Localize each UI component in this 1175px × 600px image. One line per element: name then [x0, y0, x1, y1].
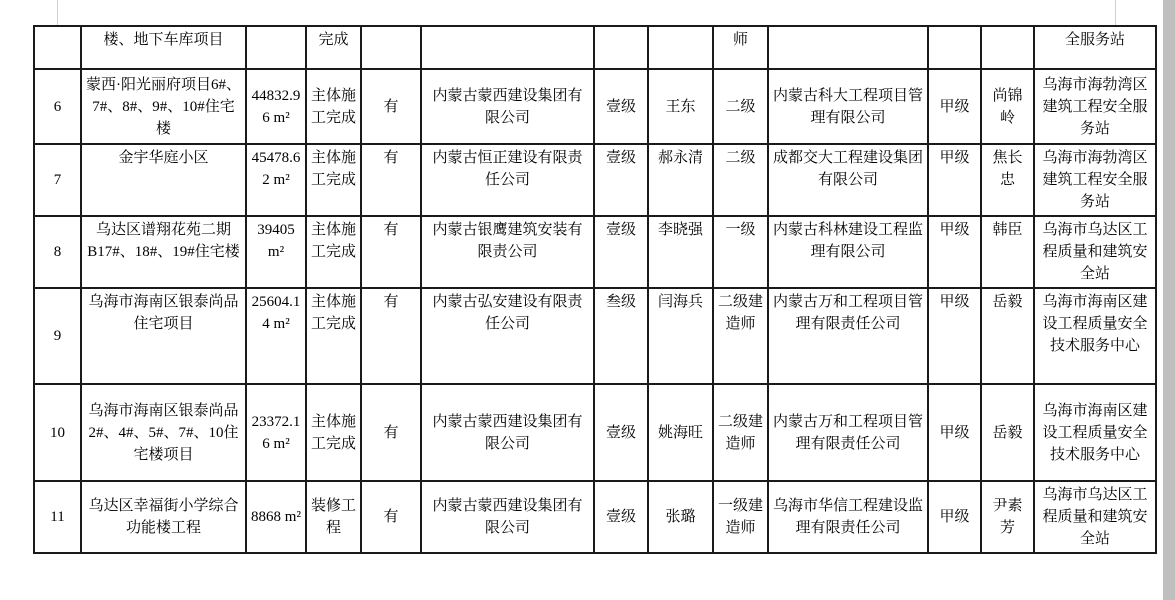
table-row: 楼、地下车库项目完成师全服务站: [34, 26, 1156, 69]
cell-floor-area: [246, 26, 306, 69]
scrollbar-track[interactable]: [1163, 0, 1175, 600]
cell-supervision-company: 内蒙古科大工程项目管理有限公司: [768, 69, 928, 144]
cell-progress-status: 主体施工完成: [306, 288, 361, 384]
cell-supervision-grade: 甲级: [928, 144, 981, 216]
cell-contractor-grade: 壹级: [594, 481, 648, 553]
cell-contractor: 内蒙古恒正建设有限责任公司: [421, 144, 594, 216]
cell-row-number: 8: [34, 216, 81, 288]
cell-row-number: 9: [34, 288, 81, 384]
cell-chief-supervisor: 岳毅: [981, 288, 1034, 384]
cell-progress-status: 主体施工完成: [306, 144, 361, 216]
table-row: 7金宇华庭小区45478.62 m²主体施工完成有内蒙古恒正建设有限责任公司壹级…: [34, 144, 1156, 216]
cell-row-number: 7: [34, 144, 81, 216]
cell-flag: 有: [361, 216, 421, 288]
cell-project-manager: [648, 26, 713, 69]
cell-floor-area: 25604.14 m²: [246, 288, 306, 384]
cell-contractor-grade: 壹级: [594, 69, 648, 144]
cell-flag: 有: [361, 144, 421, 216]
cell-chief-supervisor: 尹素芳: [981, 481, 1034, 553]
cell-flag: 有: [361, 481, 421, 553]
cell-supervision-grade: 甲级: [928, 216, 981, 288]
cell-project-name: 蒙西·阳光丽府项目6#、7#、8#、9#、10#住宅楼: [81, 69, 246, 144]
cell-contractor-grade: 叁级: [594, 288, 648, 384]
cell-progress-status: 完成: [306, 26, 361, 69]
cell-flag: 有: [361, 69, 421, 144]
cell-project-manager: 张璐: [648, 481, 713, 553]
cell-floor-area: 8868 m²: [246, 481, 306, 553]
cell-project-name: 乌达区谱翔花苑二期B17#、18#、19#住宅楼: [81, 216, 246, 288]
cell-progress-status: 主体施工完成: [306, 69, 361, 144]
cell-supervision-company: 内蒙古万和工程项目管理有限责任公司: [768, 288, 928, 384]
cell-builder-grade: 一级建造师: [713, 481, 768, 553]
cell-contractor: [421, 26, 594, 69]
table-row: 9乌海市海南区银泰尚品住宅项目25604.14 m²主体施工完成有内蒙古弘安建设…: [34, 288, 1156, 384]
cell-project-manager: 闫海兵: [648, 288, 713, 384]
cell-supervision-grade: 甲级: [928, 69, 981, 144]
cell-supervision-company: 成都交大工程建设集团有限公司: [768, 144, 928, 216]
cell-contractor: 内蒙古蒙西建设集团有限公司: [421, 69, 594, 144]
cell-floor-area: 44832.96 m²: [246, 69, 306, 144]
cell-builder-grade: 二级: [713, 69, 768, 144]
cell-row-number: 10: [34, 384, 81, 481]
cell-safety-station: 乌海市乌达区工程质量和建筑安全站: [1034, 481, 1156, 553]
cell-progress-status: 主体施工完成: [306, 384, 361, 481]
cell-safety-station: 乌海市乌达区工程质量和建筑安全站: [1034, 216, 1156, 288]
cell-project-name: 乌达区幸福街小学综合功能楼工程: [81, 481, 246, 553]
cell-builder-grade: 师: [713, 26, 768, 69]
cell-row-number: 11: [34, 481, 81, 553]
cell-progress-status: 主体施工完成: [306, 216, 361, 288]
cell-supervision-grade: 甲级: [928, 288, 981, 384]
cell-safety-station: 乌海市海南区建设工程质量安全技术服务中心: [1034, 384, 1156, 481]
cell-contractor: 内蒙古蒙西建设集团有限公司: [421, 384, 594, 481]
cell-contractor-grade: [594, 26, 648, 69]
cell-builder-grade: 二级: [713, 144, 768, 216]
cell-flag: 有: [361, 384, 421, 481]
table-row: 11乌达区幸福街小学综合功能楼工程8868 m²装修工程有内蒙古蒙西建设集团有限…: [34, 481, 1156, 553]
cell-safety-station: 乌海市海勃湾区建筑工程安全服务站: [1034, 144, 1156, 216]
cell-chief-supervisor: 焦长忠: [981, 144, 1034, 216]
cell-supervision-company: 乌海市华信工程建设监理有限责任公司: [768, 481, 928, 553]
cell-flag: [361, 26, 421, 69]
cell-progress-status: 装修工程: [306, 481, 361, 553]
cell-project-manager: 李晓强: [648, 216, 713, 288]
cell-supervision-grade: 甲级: [928, 481, 981, 553]
cell-contractor: 内蒙古银鹰建筑安装有限责公司: [421, 216, 594, 288]
cell-flag: 有: [361, 288, 421, 384]
table-row: 8乌达区谱翔花苑二期B17#、18#、19#住宅楼39405 m²主体施工完成有…: [34, 216, 1156, 288]
cell-floor-area: 23372.16 m²: [246, 384, 306, 481]
cell-supervision-company: 内蒙古科林建设工程监理有限公司: [768, 216, 928, 288]
page-margin-mark-right: [1115, 0, 1116, 25]
construction-projects-table: 楼、地下车库项目完成师全服务站6蒙西·阳光丽府项目6#、7#、8#、9#、10#…: [33, 25, 1157, 554]
cell-project-name: 金宇华庭小区: [81, 144, 246, 216]
table-row: 10乌海市海南区银泰尚品2#、4#、5#、7#、10住宅楼项目23372.16 …: [34, 384, 1156, 481]
cell-project-name: 楼、地下车库项目: [81, 26, 246, 69]
project-table-body: 楼、地下车库项目完成师全服务站6蒙西·阳光丽府项目6#、7#、8#、9#、10#…: [34, 26, 1156, 553]
page-margin-mark-left: [57, 0, 58, 25]
cell-supervision-grade: 甲级: [928, 384, 981, 481]
cell-supervision-company: [768, 26, 928, 69]
cell-row-number: 6: [34, 69, 81, 144]
cell-floor-area: 45478.62 m²: [246, 144, 306, 216]
cell-contractor-grade: 壹级: [594, 144, 648, 216]
cell-project-manager: 姚海旺: [648, 384, 713, 481]
table-row: 6蒙西·阳光丽府项目6#、7#、8#、9#、10#住宅楼44832.96 m²主…: [34, 69, 1156, 144]
cell-chief-supervisor: 韩臣: [981, 216, 1034, 288]
cell-chief-supervisor: 岳毅: [981, 384, 1034, 481]
document-page: 楼、地下车库项目完成师全服务站6蒙西·阳光丽府项目6#、7#、8#、9#、10#…: [0, 0, 1175, 600]
cell-safety-station: 乌海市海勃湾区建筑工程安全服务站: [1034, 69, 1156, 144]
cell-row-number: [34, 26, 81, 69]
cell-contractor: 内蒙古弘安建设有限责任公司: [421, 288, 594, 384]
cell-safety-station: 乌海市海南区建设工程质量安全技术服务中心: [1034, 288, 1156, 384]
cell-contractor-grade: 壹级: [594, 216, 648, 288]
cell-floor-area: 39405 m²: [246, 216, 306, 288]
cell-safety-station: 全服务站: [1034, 26, 1156, 69]
cell-supervision-company: 内蒙古万和工程项目管理有限责任公司: [768, 384, 928, 481]
cell-contractor: 内蒙古蒙西建设集团有限公司: [421, 481, 594, 553]
cell-project-name: 乌海市海南区银泰尚品住宅项目: [81, 288, 246, 384]
cell-builder-grade: 二级建造师: [713, 288, 768, 384]
cell-chief-supervisor: 尚锦岭: [981, 69, 1034, 144]
cell-project-name: 乌海市海南区银泰尚品2#、4#、5#、7#、10住宅楼项目: [81, 384, 246, 481]
cell-supervision-grade: [928, 26, 981, 69]
cell-builder-grade: 二级建造师: [713, 384, 768, 481]
cell-contractor-grade: 壹级: [594, 384, 648, 481]
cell-builder-grade: 一级: [713, 216, 768, 288]
cell-chief-supervisor: [981, 26, 1034, 69]
cell-project-manager: 王东: [648, 69, 713, 144]
cell-project-manager: 郝永清: [648, 144, 713, 216]
